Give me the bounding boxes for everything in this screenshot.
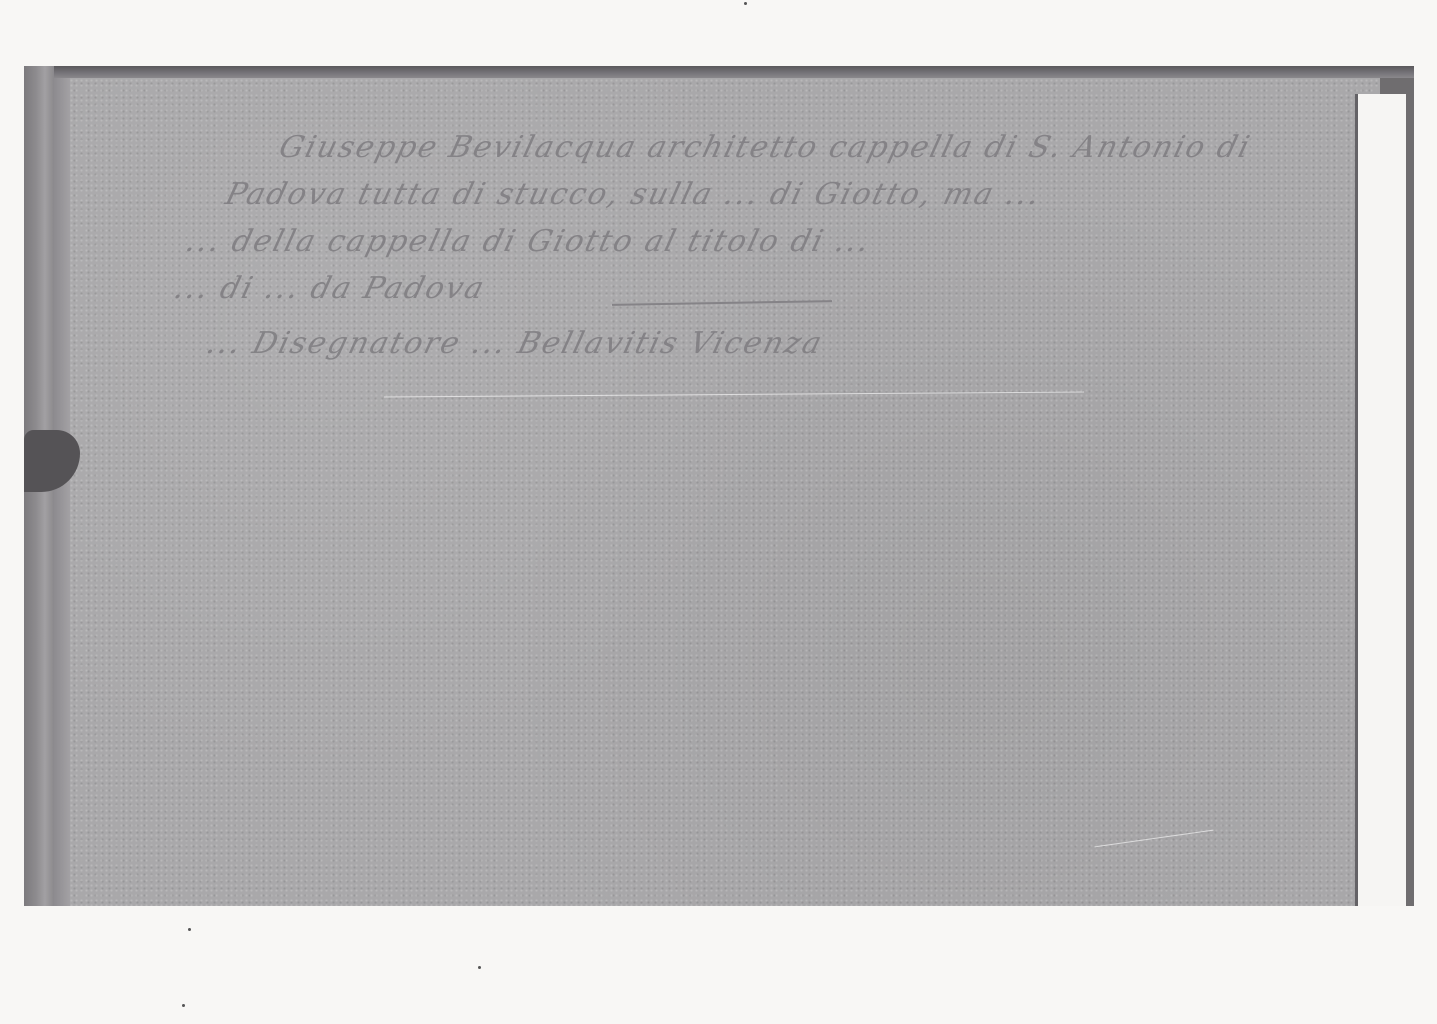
manuscript-page: Giuseppe Bevilacqua architetto cappella … — [54, 78, 1380, 906]
handwriting-line: ... Disegnatore ... Bellavitis Vicenza — [154, 326, 1346, 373]
scan-sheet: Giuseppe Bevilacqua architetto cappella … — [0, 0, 1437, 1024]
scratch-mark — [1095, 830, 1214, 848]
photograph: Giuseppe Bevilacqua architetto cappella … — [24, 66, 1414, 906]
dust-speck — [188, 928, 191, 931]
blank-margin — [1355, 94, 1406, 906]
dust-speck — [478, 966, 481, 969]
handwritten-text: Giuseppe Bevilacqua architetto cappella … — [154, 130, 1395, 373]
dust-speck — [744, 2, 747, 5]
handwriting-line: ... di ... da Padova — [167, 271, 1359, 318]
handwriting-line: ... della cappella di Giotto al titolo d… — [179, 224, 1371, 271]
photo-top-border — [24, 66, 1414, 78]
page-left-edge — [54, 78, 70, 906]
scratch-mark — [384, 392, 1084, 398]
dust-speck — [182, 1004, 185, 1007]
handwriting-line: Giuseppe Bevilacqua architetto cappella … — [203, 130, 1395, 177]
handwriting-line: Padova tutta di stucco, sulla ... di Gio… — [191, 177, 1383, 224]
